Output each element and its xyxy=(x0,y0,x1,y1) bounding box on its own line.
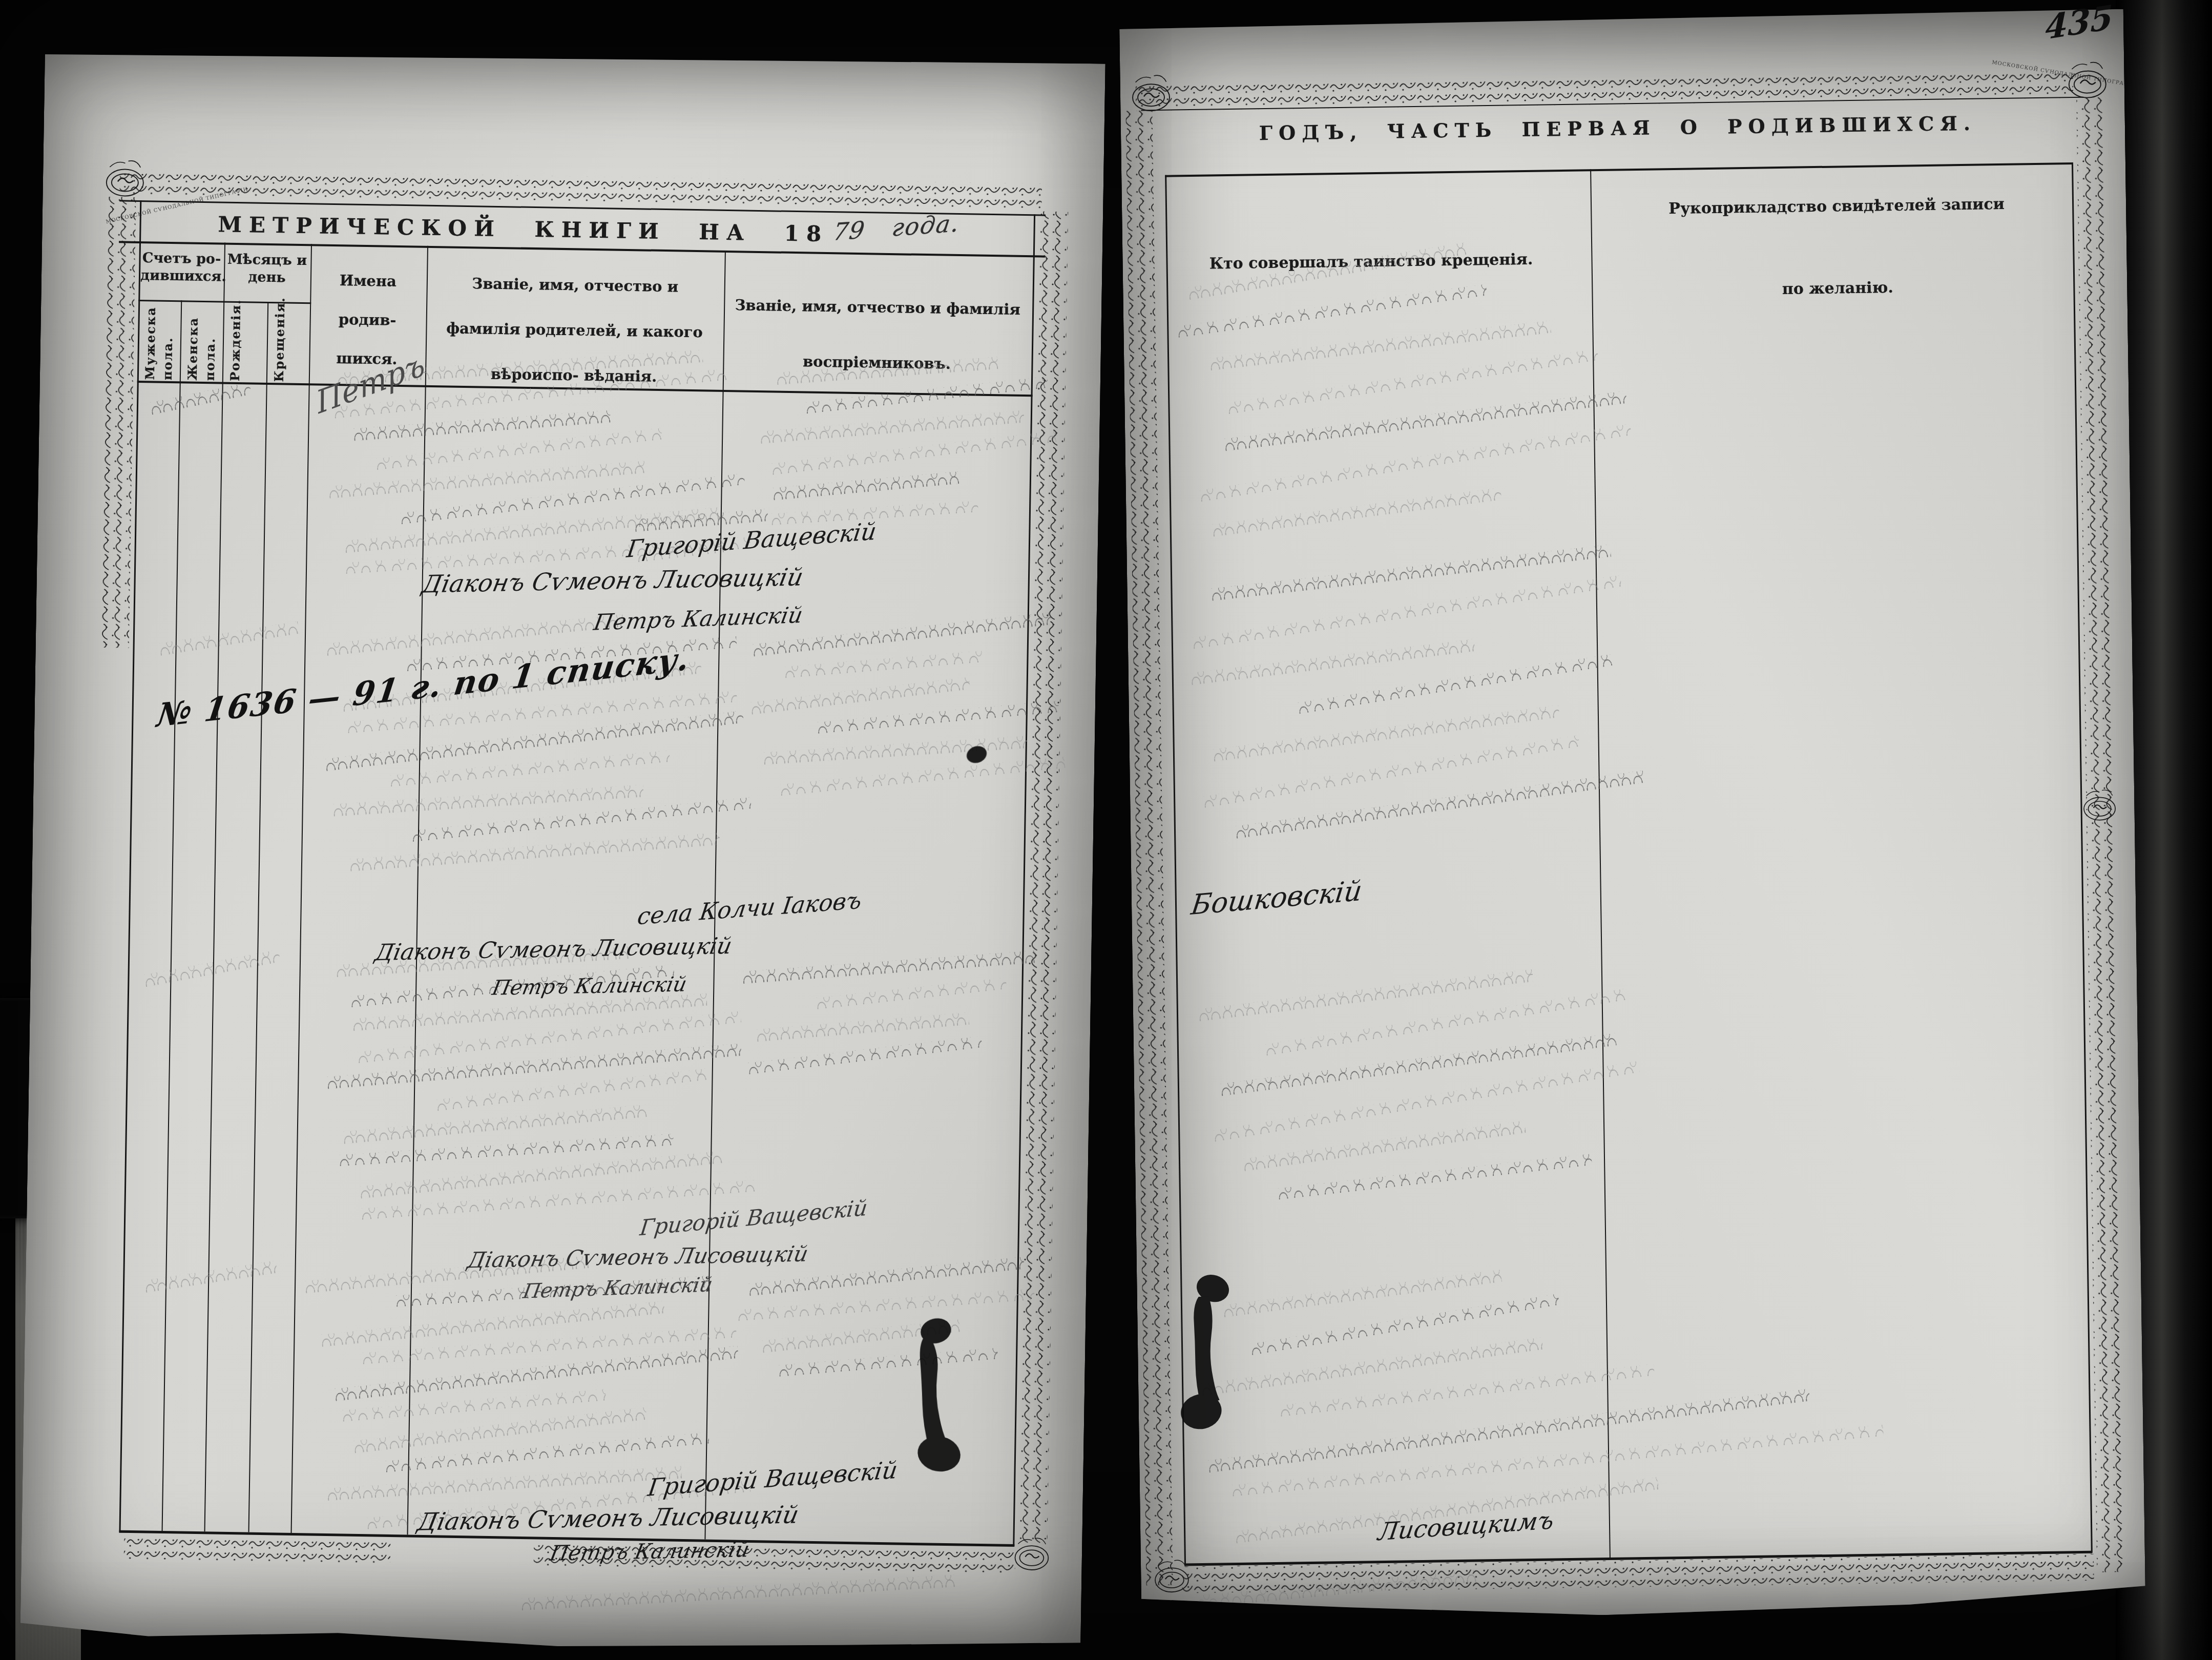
pencil-line xyxy=(779,1347,998,1376)
margin-number-note: № 1636 — 91 г. по 1 списку. xyxy=(155,639,693,735)
pencil-line xyxy=(1280,1364,1655,1416)
table-grid-right xyxy=(1119,9,2123,23)
pencil-line xyxy=(1278,1154,1592,1199)
col-line-male-female xyxy=(162,300,182,1531)
pencil-line xyxy=(1232,1425,1884,1497)
pencil-line xyxy=(390,751,670,787)
pencil-line xyxy=(1198,969,1533,1022)
pencil-line xyxy=(329,461,645,498)
frame-bottom-line-right xyxy=(1184,1551,2092,1566)
pencil-handwriting-layer-right xyxy=(1119,9,2145,1622)
pencil-line xyxy=(738,1289,1035,1321)
header-male: Мужеска пола. xyxy=(141,303,179,380)
pencil-line xyxy=(1213,1061,1640,1142)
pencil-line xyxy=(1213,705,1560,761)
pencil-line xyxy=(521,1574,956,1610)
pencil-line xyxy=(1227,349,1599,414)
pencil-line xyxy=(1212,488,1501,537)
handwriting-block xyxy=(472,1576,1025,1596)
pencil-line xyxy=(757,1012,970,1042)
pencil-line xyxy=(327,1466,682,1500)
signature-lisovitsky-bottom: Лисовицкимъ xyxy=(1376,1506,1556,1546)
printer-medallion-text-right: МОСКОВСКОЙ СѴНОДАЛЬНОЙ ТИПОГРАФІИ xyxy=(1992,60,2137,89)
table-grid xyxy=(45,47,1105,64)
col-line-parents-godparents xyxy=(704,251,726,1540)
pencil-line xyxy=(412,797,752,842)
pencil-line xyxy=(342,1389,606,1421)
handwriting-block xyxy=(635,508,767,520)
pencil-line xyxy=(436,1068,709,1111)
signature-deacon-4: Діаконъ Сѵмеонъ Лисовицкій xyxy=(415,1501,801,1536)
handwriting-block xyxy=(1187,954,1623,1014)
pencil-line xyxy=(385,1432,709,1472)
handwriting-block xyxy=(740,947,1047,974)
header-born: Рожденія. xyxy=(226,304,265,382)
pencil-line xyxy=(1200,424,1632,502)
pencil-line xyxy=(1298,654,1612,714)
frame-top-line-right xyxy=(1165,162,2073,177)
header-month-day: Мѣсяцъ и день xyxy=(225,251,309,287)
pencil-line xyxy=(362,1326,737,1364)
pencil-line xyxy=(1224,391,1627,451)
handwriting-block xyxy=(141,948,303,974)
frame-left-line-right xyxy=(1165,175,1186,1566)
header-godparents: Званіе, имя, отчество и фамилія воспріем… xyxy=(733,277,1021,392)
handwriting-block xyxy=(136,1256,298,1282)
signature-priest-4: Григорій Ващевскій xyxy=(646,1456,900,1502)
pencil-line xyxy=(360,1151,724,1198)
pencil-line xyxy=(1209,321,1551,370)
pencil-line xyxy=(1191,639,1475,685)
pencil-line xyxy=(1192,575,1621,649)
frame-right-line xyxy=(1013,214,1035,1546)
pencil-line xyxy=(1177,284,1487,337)
right-page-title: ГОДЪ, ЧАСТЬ ПЕРВАЯ О РОДИВШИХСЯ. xyxy=(1164,110,2071,146)
pencil-line xyxy=(762,1320,960,1353)
pencil-line xyxy=(780,757,1065,796)
pencil-line xyxy=(335,1346,739,1401)
header-witnesses-line2: по желанію. xyxy=(1617,276,2058,300)
pencil-line xyxy=(1243,1121,1526,1171)
handwriting-block xyxy=(1196,1381,1877,1462)
pencil-line xyxy=(326,614,627,656)
pencil-line xyxy=(1223,1270,1502,1317)
handwriting-block xyxy=(1176,538,1615,598)
pencil-line xyxy=(748,1036,982,1074)
pencil-line xyxy=(1211,545,1611,601)
signature-deacon-3: Діаконъ Сѵмеонъ Лисовицкій xyxy=(466,1241,810,1273)
handwriting-block xyxy=(1191,1250,1638,1311)
col-line-names-parents xyxy=(407,246,428,1535)
frame-left-line xyxy=(119,200,141,1532)
pencil-line xyxy=(343,1105,647,1144)
col-line-officiant-witnesses xyxy=(1590,169,1611,1560)
pencil-line xyxy=(321,1301,665,1346)
pencil-line xyxy=(401,473,745,524)
pencil-line xyxy=(816,978,1007,1009)
signature-priest-3: Григорій Ващевскій xyxy=(639,1195,869,1240)
handwriting-block xyxy=(1172,1565,1550,1596)
header-witnesses-line1: Рукоприкладство свидѣтелей записи xyxy=(1616,194,2057,218)
book-scan-photo: МОСКОВСКОЙ СѴНОДАЛЬНОЙ ТИПОГРАФІИ МЕТРИЧ… xyxy=(0,0,2212,1660)
pencil-line xyxy=(325,711,744,771)
pencil-line xyxy=(327,1044,741,1089)
pencil-line xyxy=(773,471,959,500)
title-printed-prefix: МЕТРИЧЕСКОЙ КНИГИ НА 18 xyxy=(218,212,828,246)
pencil-line xyxy=(150,382,252,414)
pencil-line xyxy=(785,651,983,678)
header-female: Женска пола. xyxy=(184,303,222,381)
pencil-line xyxy=(1201,1337,1543,1396)
pencil-line xyxy=(764,736,1028,764)
signature-priest-1: Григорій Ващевскій xyxy=(625,517,878,563)
frame-right-line-right xyxy=(2072,162,2093,1553)
signature-sexton-1: Петръ Калинскій xyxy=(592,603,805,636)
pencil-line xyxy=(353,1407,647,1454)
pencil-line xyxy=(760,410,1025,444)
signature-deacon-2: Діаконъ Сѵмеонъ Лисовицкій xyxy=(373,933,734,966)
left-page: МОСКОВСКОЙ СѴНОДАЛЬНОЙ ТИПОГРАФІИ МЕТРИЧ… xyxy=(20,47,1105,1654)
title-year-handwritten: 79 года. xyxy=(831,209,962,246)
signature-deacon-1: Діаконъ Сѵмеонъ Лисовицкій xyxy=(420,563,805,598)
signature-sexton-4: Петръ Калинскій xyxy=(548,1537,752,1566)
pencil-line xyxy=(771,431,1056,475)
entry-godparent-note: села Колчи Іаковъ xyxy=(636,886,864,930)
pencil-line xyxy=(750,677,970,714)
pencil-line xyxy=(144,950,281,987)
col-line-count-month xyxy=(204,243,226,1532)
header-baptized: Крещенія. xyxy=(270,305,308,382)
pencil-line xyxy=(376,428,662,470)
pencil-line xyxy=(339,1134,674,1166)
signature-boshkovsky: Бошковскій xyxy=(1189,874,1364,921)
pencil-line xyxy=(1220,1033,1617,1096)
right-page: МОСКОВСКОЙ СѴНОДАЛЬНОЙ ТИПОГРАФІИ ГОДЪ, … xyxy=(1119,9,2145,1622)
pencil-line xyxy=(743,950,1036,984)
pencil-line xyxy=(350,833,720,872)
pencil-line xyxy=(817,701,1059,734)
col-line-month-names xyxy=(291,244,312,1533)
col-line-born-baptized xyxy=(248,302,269,1532)
pencil-line xyxy=(1196,1570,1476,1608)
pencil-line xyxy=(353,410,611,441)
pencil-line xyxy=(1235,771,1644,839)
header-officiant: Кто совершалъ таинство крещенія. xyxy=(1192,250,1550,273)
title-top-rule-right xyxy=(1141,97,2083,111)
handwriting-block xyxy=(146,620,308,646)
header-birth-count: Счетъ ро-дившихся. xyxy=(140,250,223,286)
lace-border-ornament-right xyxy=(1119,9,2145,1622)
pencil-line xyxy=(333,785,643,817)
header-parents: Званіе, имя, отчество и фамилія родителе… xyxy=(435,260,714,400)
pencil-line xyxy=(1265,988,1630,1055)
pencil-line xyxy=(1203,735,1580,808)
signature-sexton-2: Петръ Калинскій xyxy=(490,972,689,1000)
ink-blots-right xyxy=(1119,9,2145,1622)
pencil-line xyxy=(1250,1294,1560,1355)
pencil-line xyxy=(159,621,299,656)
signature-sexton-3: Петръ Калинскій xyxy=(521,1273,715,1303)
pencil-line xyxy=(144,1261,278,1293)
pencil-line xyxy=(1208,1389,1810,1473)
